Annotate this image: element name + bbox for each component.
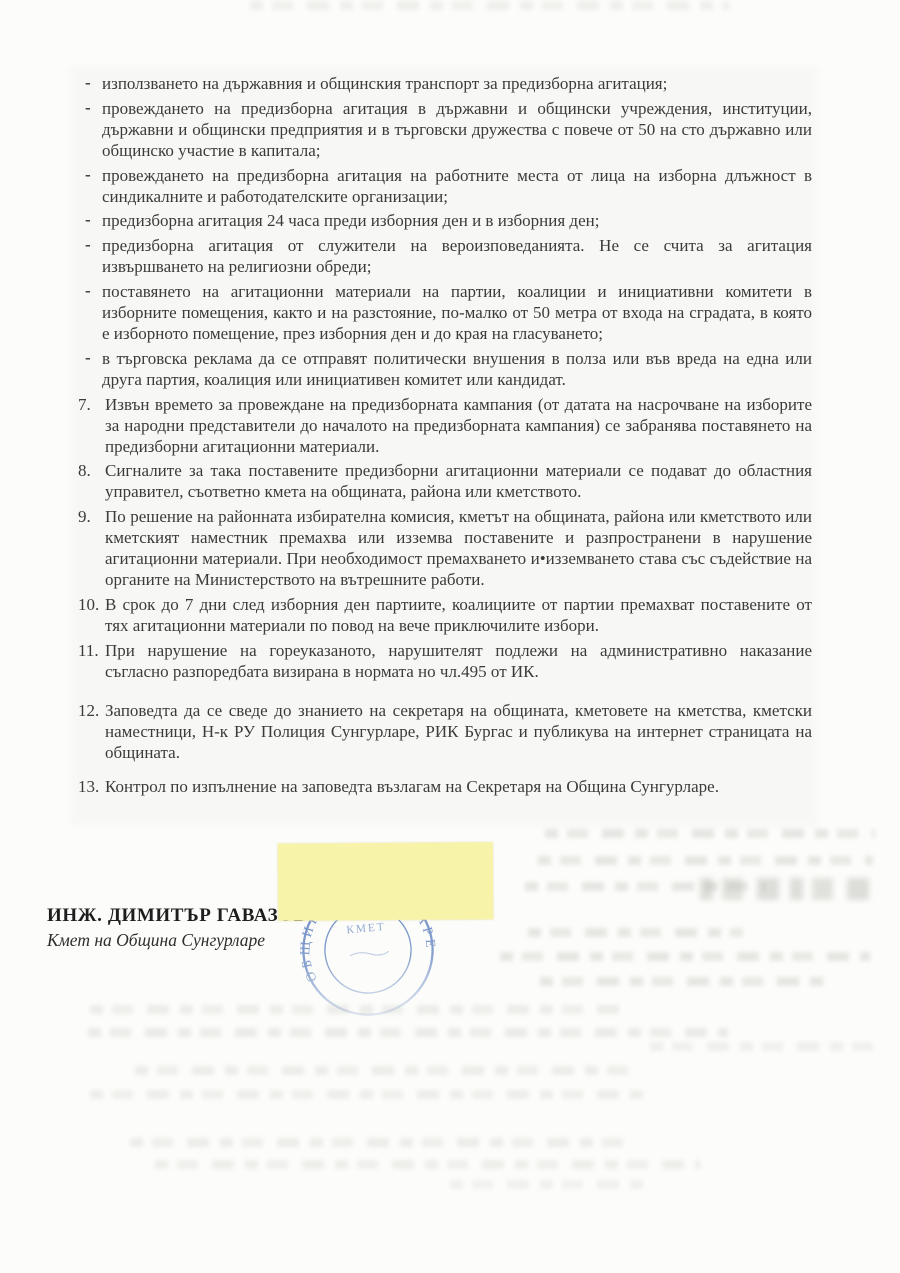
list-item-text: поставянето на агитационни материали на … bbox=[102, 282, 812, 343]
bullet-dash: - bbox=[85, 235, 91, 256]
list-item: - провеждането на предизборна агитация н… bbox=[78, 166, 812, 208]
bullet-dash: - bbox=[85, 348, 91, 369]
list-item: - предизборна агитация 24 часа преди изб… bbox=[78, 211, 812, 232]
signature-block: ИНЖ. ДИМИТЪР ГАВАЗОВ Кмет на Община Сунг… bbox=[47, 905, 307, 951]
item-number: 8. bbox=[78, 461, 91, 482]
bleedthrough-smudge bbox=[650, 1042, 875, 1051]
item-text: В срок до 7 дни след изборния ден партии… bbox=[105, 595, 812, 635]
stamp-center-mark bbox=[350, 950, 389, 957]
item-text: Заповедта да се сведе до знанието на сек… bbox=[105, 701, 812, 762]
numbered-item: 9. По решение на районната избирателна к… bbox=[78, 507, 812, 591]
item-text: Контрол по изпълнение на заповедта възла… bbox=[105, 777, 719, 796]
item-number: 13. bbox=[78, 777, 99, 798]
item-text: По решение на районната избирателна коми… bbox=[105, 507, 812, 589]
numbered-item: 13. Контрол по изпълнение на заповедта в… bbox=[78, 777, 812, 798]
list-item: - в търговска реклама да се отправят пол… bbox=[78, 349, 812, 391]
list-item: - поставянето на агитационни материали н… bbox=[78, 282, 812, 345]
list-item: - предизборна агитация от служители на в… bbox=[78, 236, 812, 278]
item-number: 9. bbox=[78, 507, 91, 528]
bleedthrough-smudge bbox=[450, 1180, 650, 1189]
bleedthrough-smudge bbox=[538, 856, 873, 865]
signatory-name: ИНЖ. ДИМИТЪР ГАВАЗОВ bbox=[47, 905, 307, 927]
item-number: 11. bbox=[78, 641, 99, 662]
stamp-inner-text: КМЕТ bbox=[346, 921, 386, 936]
numbered-item: 10. В срок до 7 дни след изборния ден па… bbox=[78, 595, 812, 637]
bleedthrough-smudge bbox=[155, 1160, 700, 1169]
list-item-text: предизборна агитация от служители на вер… bbox=[102, 236, 812, 276]
list-item-text: в търговска реклама да се отправят полит… bbox=[102, 349, 812, 389]
scanned-document-page: - използването на държавния и общинския … bbox=[0, 0, 900, 1273]
signatory-title: Кмет на Община Сунгурларе bbox=[47, 930, 307, 951]
bullet-dash: - bbox=[85, 210, 91, 231]
bleedthrough-smudge bbox=[540, 977, 830, 986]
document-body: - използването на държавния и общинския … bbox=[78, 74, 812, 802]
list-item-text: провеждането на предизборна агитация на … bbox=[102, 166, 812, 206]
item-text: Извън времето за провеждане на предизбор… bbox=[105, 395, 812, 456]
bullet-dash: - bbox=[85, 281, 91, 302]
bleedthrough-smudge bbox=[88, 1028, 728, 1037]
bleedthrough-smudge bbox=[90, 1090, 650, 1099]
bleedthrough-smudge bbox=[130, 1138, 630, 1147]
bleedthrough-smudge bbox=[545, 829, 875, 838]
item-text: При нарушение на гореуказаното, нарушите… bbox=[105, 641, 812, 681]
list-item-text: използването на държавния и общинския тр… bbox=[102, 74, 667, 93]
bullet-dash: - bbox=[85, 98, 91, 119]
list-item: - използването на държавния и общинския … bbox=[78, 74, 812, 95]
numbered-item: 12. Заповедта да се сведе до знанието на… bbox=[78, 701, 812, 764]
item-number: 10. bbox=[78, 595, 99, 616]
bleedthrough-smudge bbox=[250, 1, 730, 10]
bleedthrough-smudge bbox=[700, 878, 870, 900]
bullet-dash: - bbox=[85, 73, 91, 94]
numbered-item: 7. Извън времето за провеждане на предиз… bbox=[78, 395, 812, 458]
bleedthrough-smudge bbox=[528, 928, 743, 937]
numbered-item: 8. Сигналите за така поставените предизб… bbox=[78, 461, 812, 503]
numbered-item: 11. При нарушение на гореуказаното, нару… bbox=[78, 641, 812, 683]
bleedthrough-smudge bbox=[135, 1066, 635, 1075]
list-item-text: предизборна агитация 24 часа преди избор… bbox=[102, 211, 599, 230]
item-number: 7. bbox=[78, 395, 91, 416]
list-item-text: провеждането на предизборна агитация в д… bbox=[102, 99, 812, 160]
redaction-box bbox=[278, 842, 494, 920]
list-item: - провеждането на предизборна агитация в… bbox=[78, 99, 812, 162]
bleedthrough-smudge bbox=[500, 952, 870, 961]
item-text: Сигналите за така поставените предизборн… bbox=[105, 461, 812, 501]
item-number: 12. bbox=[78, 701, 99, 722]
bleedthrough-smudge bbox=[525, 882, 765, 891]
bullet-dash: - bbox=[85, 165, 91, 186]
